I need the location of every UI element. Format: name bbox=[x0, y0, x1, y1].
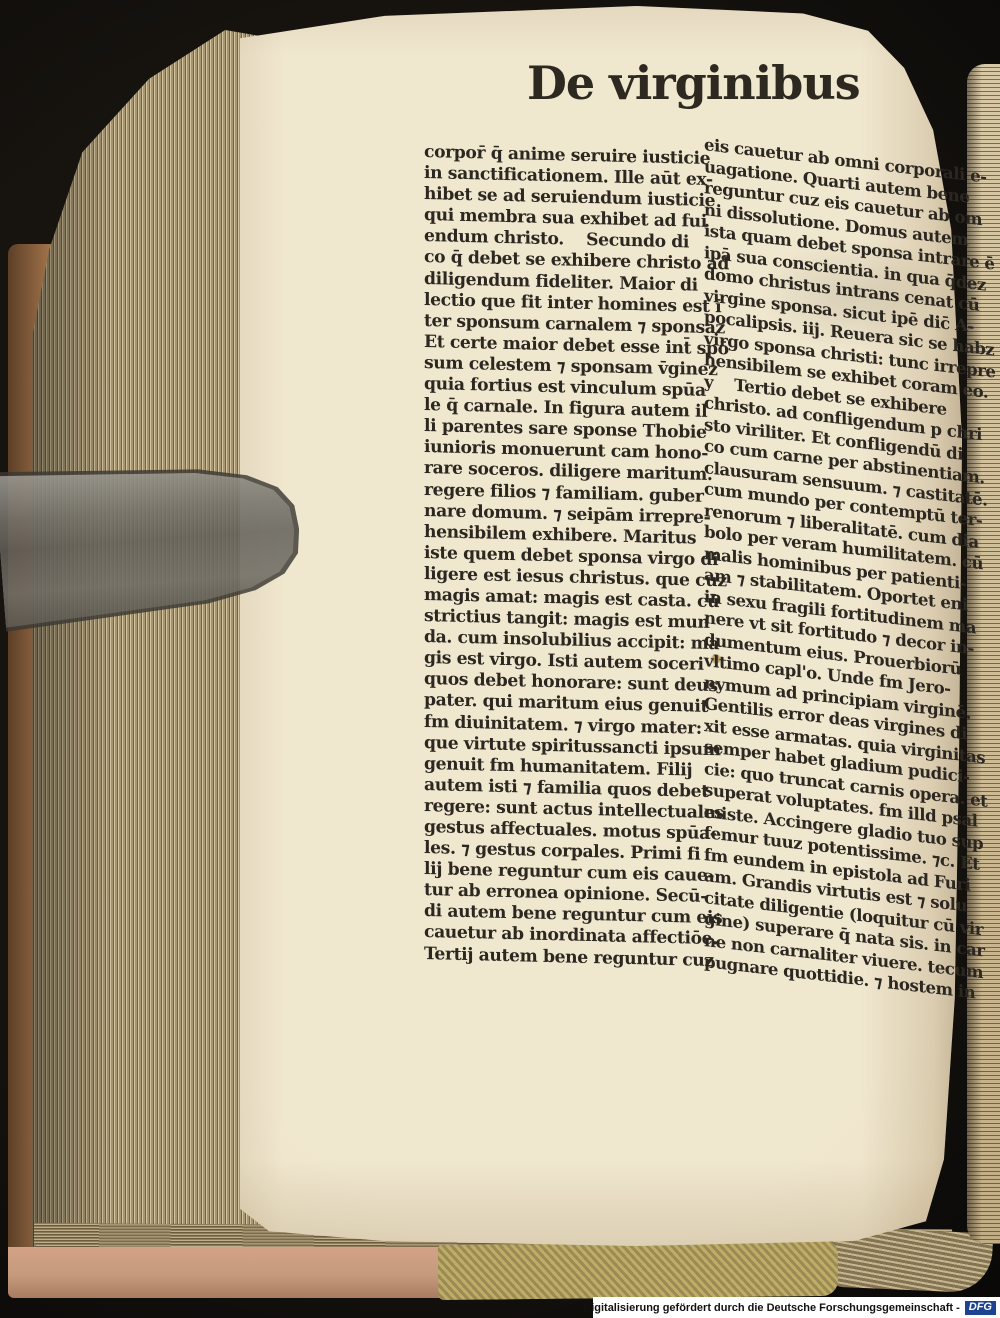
digitization-credit-bar: Digitalisierung gefördert durch die Deut… bbox=[593, 1297, 1000, 1318]
page-stack-fore-edge bbox=[30, 30, 268, 1252]
page-heading: De virginibus bbox=[527, 56, 860, 110]
dfg-logo: DFG bbox=[965, 1301, 996, 1315]
digitized-book-photo: De virginibus corpor̄ q̄ anime seruire i… bbox=[0, 0, 1000, 1318]
text-column-left: corpor̄ q̄ anime seruire iusticiein sanc… bbox=[424, 142, 704, 971]
text-column-right: eis cauetur ab omni corporali e-uagation… bbox=[704, 134, 966, 1003]
book-board-cloth-patch bbox=[438, 1241, 839, 1300]
digitization-credit-text: Digitalisierung gefördert durch die Deut… bbox=[583, 1302, 960, 1314]
